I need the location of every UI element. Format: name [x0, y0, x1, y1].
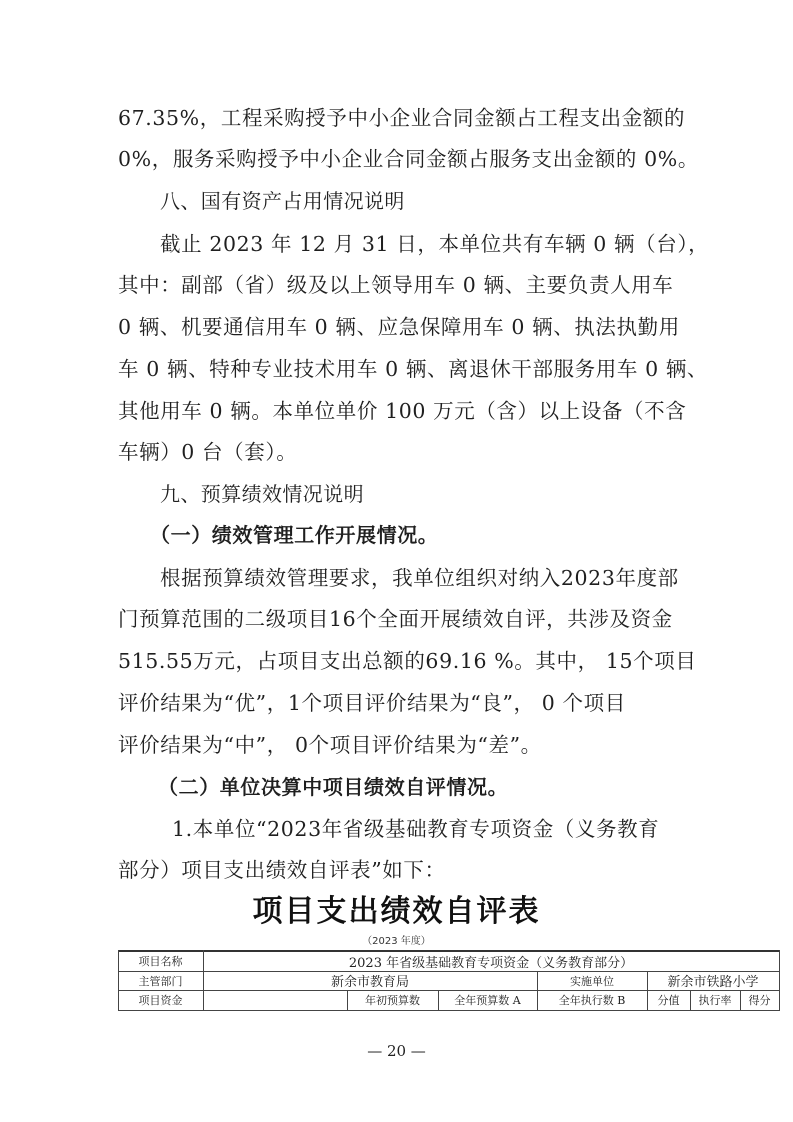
- body-line: 截止 2023 年 12 月 31 日，本单位共有车辆 0 辆（台），: [160, 230, 720, 258]
- table-value-project-name: 2023 年省级基础教育专项资金（义务教育部分）: [203, 951, 779, 971]
- body-line: 评价结果为“中”， 0个项目评价结果为“差”。: [118, 731, 678, 759]
- body-line: 部分）项目支出绩效自评表”如下：: [118, 856, 678, 884]
- body-line: 其中：副部（省）级及以上领导用车 0 辆、主要负责人用车: [118, 271, 678, 299]
- body-line: 车辆）0 台（套）。: [118, 438, 678, 466]
- table-header-score-value: 分值: [647, 990, 690, 1010]
- body-line: 根据预算绩效管理要求，我单位组织对纳入2023年度部: [160, 564, 720, 592]
- page-number: — 20 —: [0, 1042, 793, 1060]
- section-heading-9: 九、预算绩效情况说明: [160, 480, 720, 508]
- body-line: 其他用车 0 辆。本单位单价 100 万元（含）以上设备（不含: [118, 397, 678, 425]
- table-value-department: 新余市教育局: [203, 971, 537, 990]
- body-line: 评价结果为“优”，1个项目评价结果为“良”， 0 个项目: [118, 689, 678, 717]
- table-label-project-funds: 项目资金: [118, 990, 203, 1010]
- body-line: 0%，服务采购授予中小企业合同金额占服务支出金额的 0%。: [118, 145, 678, 173]
- table-label-project-name: 项目名称: [118, 951, 203, 971]
- body-line: 1.本单位“2023年省级基础教育专项资金（义务教育: [172, 815, 732, 843]
- table-header-execution-rate: 执行率: [690, 990, 740, 1010]
- table-header-initial-budget: 年初预算数: [347, 990, 438, 1010]
- table-label-implementing-unit: 实施单位: [537, 971, 647, 990]
- table-label-department: 主管部门: [118, 971, 203, 990]
- subsection-heading-1: （一）绩效管理工作开展情况。: [150, 521, 710, 549]
- table-cell-empty: [203, 990, 347, 1010]
- body-line: 67.35%，工程采购授予中小企业合同金额占工程支出金额的: [118, 104, 678, 132]
- body-line: 0 辆、机要通信用车 0 辆、应急保障用车 0 辆、执法执勤用: [118, 313, 678, 341]
- body-line: 515.55万元，占项目支出总额的69.16 %。其中， 15个项目: [118, 647, 678, 675]
- body-line: 车 0 辆、特种专业技术用车 0 辆、离退休干部服务用车 0 辆、: [118, 355, 678, 383]
- table-header-annual-execution-b: 全年执行数 B: [537, 990, 647, 1010]
- section-heading-8: 八、国有资产占用情况说明: [160, 187, 720, 215]
- table-header-annual-budget-a: 全年预算数 A: [438, 990, 537, 1010]
- table-year: （2023 年度）: [0, 932, 793, 947]
- document-page: 67.35%，工程采购授予中小企业合同金额占工程支出金额的 0%，服务采购授予中…: [0, 0, 793, 1122]
- subsection-heading-2: （二）单位决算中项目绩效自评情况。: [158, 773, 718, 801]
- table-header-score: 得分: [740, 990, 779, 1010]
- body-line: 门预算范围的二级项目16个全面开展绩效自评，共涉及资金: [118, 605, 678, 633]
- table-title: 项目支出绩效自评表: [0, 886, 793, 930]
- table-value-implementing-unit: 新余市铁路小学: [647, 971, 779, 990]
